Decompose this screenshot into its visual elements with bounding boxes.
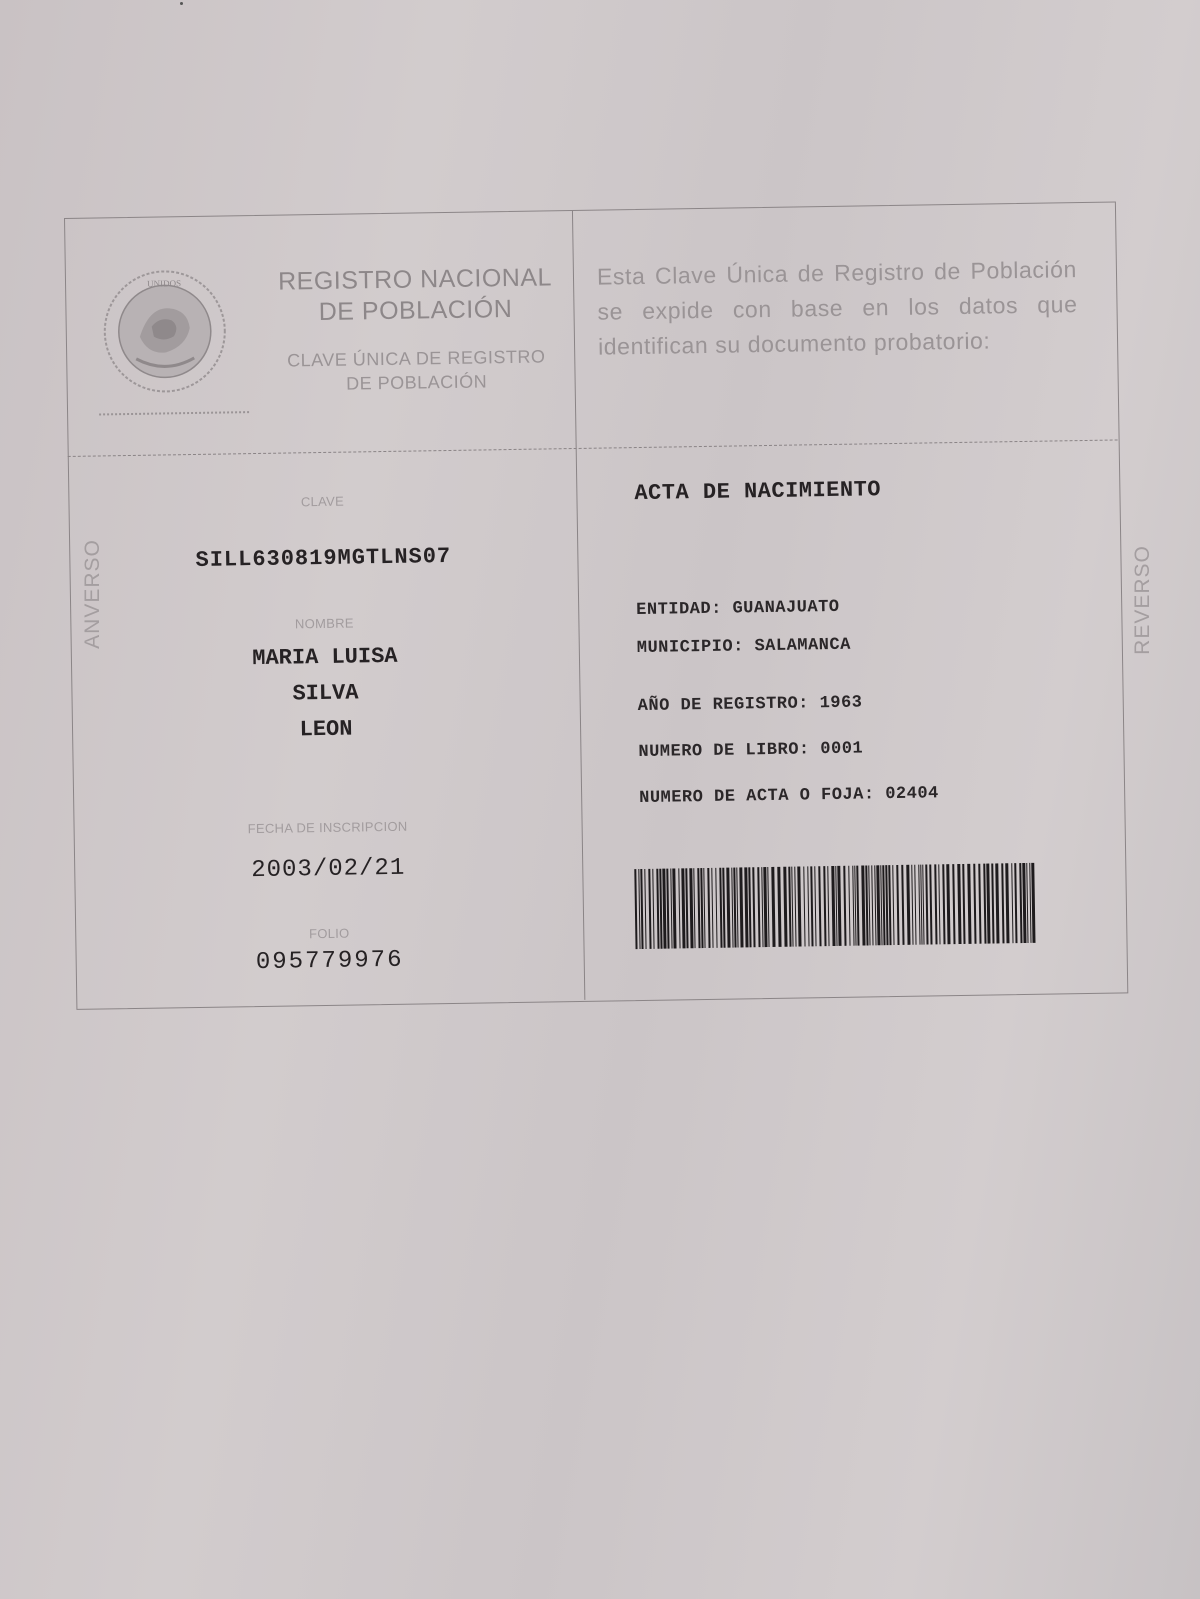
barcode-bar: [946, 864, 950, 944]
barcode-bar: [771, 867, 775, 947]
registry-title-line2: DE POBLACIÓN: [255, 293, 575, 329]
barcode-bar: [914, 865, 916, 945]
barcode-bar: [901, 865, 904, 945]
barcode-bar: [748, 867, 751, 947]
barcode-bar: [739, 867, 743, 947]
barcode-bar: [888, 865, 891, 945]
barcode-bar: [814, 866, 816, 946]
barcode-bar: [934, 864, 937, 944]
barcode-bar: [986, 864, 990, 944]
barcode-bar: [848, 866, 850, 946]
barcode-bar: [925, 865, 928, 945]
reverso-side-label: REVERSO: [1131, 545, 1155, 655]
registry-title: REGISTRO NACIONAL DE POBLACIÓN: [255, 262, 576, 329]
registry-subtitle-line1: CLAVE ÚNICA DE REGISTRO: [256, 344, 576, 373]
barcode-bar: [818, 866, 821, 946]
barcode-bar: [648, 869, 651, 949]
barcode-bar: [1001, 863, 1004, 943]
barcode-bar: [843, 866, 846, 946]
barcode-bar: [973, 864, 976, 944]
svg-text:UNIDOS: UNIDOS: [147, 278, 181, 289]
barcode-bar: [777, 867, 781, 947]
barcode-bar: [644, 869, 646, 949]
barcode-bar: [1026, 863, 1028, 943]
issuance-legend: Esta Clave Única de Registro de Població…: [597, 252, 1079, 365]
barcode-bar: [871, 865, 873, 945]
barcode-bar: [752, 867, 755, 947]
document-type-title: ACTA DE NACIMIENTO: [634, 477, 881, 506]
barcode-bar: [896, 865, 899, 945]
barcode-bar: [736, 868, 738, 948]
barcode-bar: [1011, 863, 1013, 943]
barcode-bar: [722, 868, 725, 948]
barcode-bar: [995, 863, 999, 943]
barcode-bar: [794, 867, 796, 947]
barcode-bar: [672, 868, 676, 948]
barcode-bar: [783, 867, 787, 947]
barcode-bar: [767, 867, 769, 947]
barcode-bar: [757, 867, 760, 947]
barcode-bar: [693, 868, 695, 948]
barcode-bar: [868, 865, 870, 945]
anio-registro-field: AÑO DE REGISTRO: 1963: [638, 694, 863, 717]
barcode-bar: [791, 867, 793, 947]
barcode-bar: [991, 863, 994, 943]
barcode-bar: [685, 868, 688, 948]
barcode-bar: [634, 869, 637, 949]
barcode-bar: [922, 865, 924, 945]
barcode-bar: [803, 866, 805, 946]
registry-subtitle-line2: DE POBLACIÓN: [256, 368, 576, 397]
numero-libro-field: NUMERO DE LIBRO: 0001: [638, 740, 863, 763]
barcode-bar: [906, 865, 910, 945]
barcode-bar: [1031, 863, 1035, 943]
barcode-bar: [957, 864, 961, 944]
barcode-bar: [678, 868, 680, 948]
barcode-bar: [938, 864, 940, 944]
barcode-bar: [1005, 863, 1009, 943]
barcode-bar: [703, 868, 705, 948]
barcode-bar: [856, 866, 859, 946]
barcode-bar: [962, 864, 965, 944]
curp-certificate: UNIDOS REGISTRO NACIONAL DE POBLACIÓN CL…: [64, 201, 1136, 1018]
barcode-icon: [634, 863, 1041, 949]
entidad-field: ENTIDAD: GUANAJUATO: [636, 598, 840, 620]
barcode-bar: [707, 868, 710, 948]
barcode-bar: [929, 864, 932, 944]
barcode-bar: [827, 866, 829, 946]
barcode-bar: [715, 868, 717, 948]
barcode-bar: [952, 864, 955, 944]
municipio-field: MUNICIPIO: SALAMANCA: [637, 636, 851, 658]
barcode-bar: [666, 869, 669, 949]
mexico-seal-icon: UNIDOS: [99, 265, 231, 397]
barcode-bar: [911, 865, 913, 945]
barcode-bar: [726, 868, 730, 948]
barcode-bar: [967, 864, 971, 944]
barcode-bar: [711, 868, 713, 948]
barcode-bar: [652, 869, 654, 949]
barcode-bar: [810, 866, 813, 946]
barcode-bar: [837, 866, 841, 946]
barcode-bar: [807, 866, 809, 946]
paper-speck: [180, 2, 183, 5]
barcode-bar: [640, 869, 643, 949]
barcode-bar: [892, 865, 894, 945]
registry-subtitle: CLAVE ÚNICA DE REGISTRO DE POBLACIÓN: [256, 344, 577, 397]
barcode-bar: [1014, 863, 1017, 943]
barcode-bar: [823, 866, 826, 946]
barcode-bar: [978, 864, 981, 944]
barcode-bar: [942, 864, 945, 944]
registry-title-line1: REGISTRO NACIONAL: [255, 262, 575, 298]
barcode-bar: [797, 867, 801, 947]
